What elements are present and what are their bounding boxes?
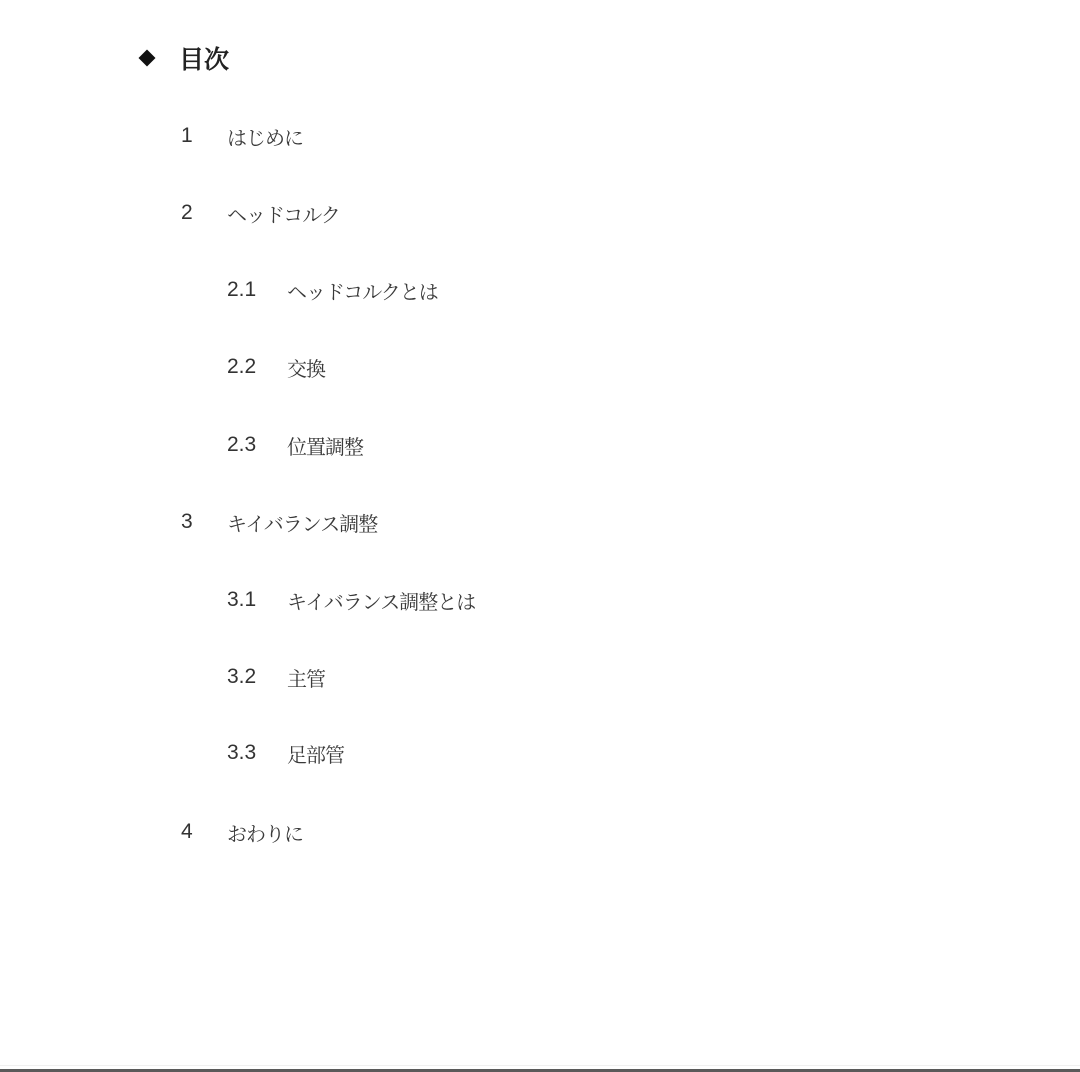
toc-item-2-3[interactable]: 2.3 位置調整 xyxy=(227,430,363,460)
toc-item-3[interactable]: 3 キイバランス調整 xyxy=(181,507,377,537)
toc-item-label: 足部管 xyxy=(287,739,344,768)
toc-item-label: ヘッドコルクとは xyxy=(287,276,438,305)
toc-item-number: 2.1 xyxy=(227,278,287,302)
diamond-icon xyxy=(139,50,156,67)
toc-item-label: おわりに xyxy=(227,818,303,847)
toc-item-number: 3.3 xyxy=(227,741,287,765)
toc-item-3-3[interactable]: 3.3 足部管 xyxy=(227,738,344,768)
toc-item-number: 1 xyxy=(181,124,227,148)
toc-item-2[interactable]: 2 ヘッドコルク xyxy=(181,198,340,228)
divider xyxy=(0,1065,1080,1066)
toc-item-3-2[interactable]: 3.2 主管 xyxy=(227,662,325,692)
toc-item-label: はじめに xyxy=(227,122,303,151)
toc-item-number: 3.2 xyxy=(227,665,287,689)
toc-item-number: 2.2 xyxy=(227,355,287,379)
toc-item-2-2[interactable]: 2.2 交換 xyxy=(227,352,325,382)
toc-item-label: 交換 xyxy=(287,353,325,382)
toc-item-number: 2.3 xyxy=(227,433,287,457)
toc-item-label: キイバランス調整とは xyxy=(287,586,475,615)
toc-item-label: キイバランス調整 xyxy=(227,508,377,537)
toc-item-number: 3 xyxy=(181,510,227,534)
toc-item-1[interactable]: 1 はじめに xyxy=(181,121,303,151)
toc-item-label: 主管 xyxy=(287,663,325,692)
toc-item-2-1[interactable]: 2.1 ヘッドコルクとは xyxy=(227,275,438,305)
toc-title: 目次 xyxy=(179,40,229,76)
toc-item-label: ヘッドコルク xyxy=(227,199,340,228)
toc-item-label: 位置調整 xyxy=(287,431,363,460)
toc-item-number: 2 xyxy=(181,201,227,225)
toc-item-4[interactable]: 4 おわりに xyxy=(181,817,303,847)
toc-heading: 目次 xyxy=(138,38,229,78)
toc-item-3-1[interactable]: 3.1 キイバランス調整とは xyxy=(227,585,475,615)
toc-item-number: 3.1 xyxy=(227,588,287,612)
toc-item-number: 4 xyxy=(181,820,227,844)
